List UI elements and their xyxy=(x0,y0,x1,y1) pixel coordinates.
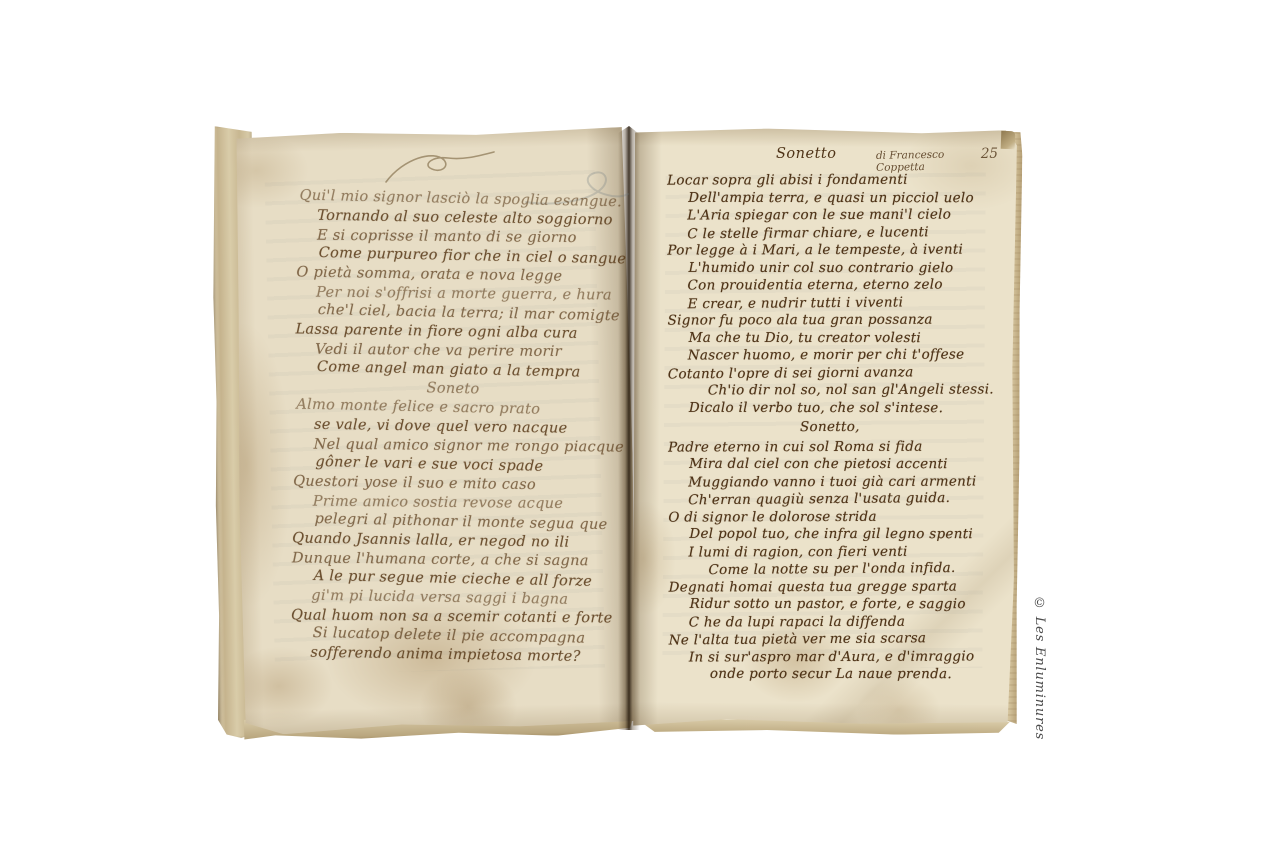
manuscript-line: L'Aria spiegar con le sue mani'l cielo xyxy=(667,206,1001,225)
manuscript-line: O di signor le dolorose strida xyxy=(668,508,1002,527)
left-page-text: Qui'l mio signor lasciò la spoglia esang… xyxy=(290,187,629,667)
manuscript-line: I lumi di ragion, con fieri venti xyxy=(668,543,1002,562)
manuscript-line: Ridur sotto un pastor, e forte, e saggio xyxy=(670,596,1004,614)
right-page-header: Sonetto di Francesco Coppetta 25 xyxy=(648,146,1006,173)
manuscript-line: Ch'io dir nol so, nol san gl'Angeli stes… xyxy=(668,381,1002,400)
manuscript-line: Dicalo il verbo tuo, che sol s'intese. xyxy=(669,399,1003,417)
manuscript-line: Signor fu poco ala tua gran possanza xyxy=(668,311,1002,330)
manuscript-line: Ma che tu Dio, tu creator volesti xyxy=(669,329,1003,347)
manuscript-line: Del popol tuo, che infra gil legno spent… xyxy=(669,526,1003,544)
manuscript-line: L'humido unir col suo contrario gielo xyxy=(668,259,1002,277)
manuscript-line: Con prouidentia eterna, eterno zelo xyxy=(667,276,1001,295)
manuscript-line: Degnati homai questa tua gregge sparta xyxy=(669,578,1003,597)
manuscript-line: Ch'erran quagiù senza l'usata guida. xyxy=(668,490,1002,510)
manuscript-line: C he da lupi rapaci la diffenda xyxy=(669,613,1003,632)
sonnet-heading: Sonetto, xyxy=(668,416,1002,439)
manuscript-line: Dell'ampia terra, e quasi un picciol uel… xyxy=(668,189,1002,207)
copyright-credit: © Les Enluminures xyxy=(1032,596,1047,756)
manuscript-line: Nascer huomo, e morir per chi t'offese xyxy=(668,346,1002,365)
manuscript-line: Locar sopra gli abisi i fondamenti xyxy=(667,171,1001,190)
folio-number: 25 xyxy=(981,146,998,162)
manuscript-line: Padre eterno in cui sol Roma si fida xyxy=(668,438,1002,457)
manuscript-line: Mira dal ciel con che pietosi accenti xyxy=(669,456,1003,474)
manuscript-line: C le stelle firmar chiare, e lucenti xyxy=(667,223,1001,243)
manuscript-line: Come la notte su per l'onda infida. xyxy=(668,560,1002,580)
pen-flourish-icon xyxy=(382,146,502,188)
manuscript-line: In si sur'aspro mar d'Aura, e d'imraggio xyxy=(669,648,1003,667)
manuscript-line: E crear, e nudrir tutti i viventi xyxy=(667,293,1001,313)
author-attribution: di Francesco Coppetta xyxy=(876,148,981,174)
right-page-text: Locar sopra gli abisi i fondamenti Dell'… xyxy=(667,171,1003,684)
manuscript-line: onde porto secur La naue prenda. xyxy=(670,666,1004,684)
manuscript-line: Ne l'alta tua pietà ver me sia scarsa xyxy=(669,630,1003,650)
manuscript-line: Muggiando vanno i tuoi già cari armenti xyxy=(668,473,1002,492)
manuscript-line: Por legge à i Mari, a le tempeste, à ive… xyxy=(667,241,1001,260)
sonnet-heading: Sonetto xyxy=(776,146,836,162)
manuscript-photo: Qui'l mio signor lasciò la spoglia esang… xyxy=(0,0,1280,860)
manuscript-line: Cotanto l'opre di sei giorni avanza xyxy=(668,363,1002,383)
